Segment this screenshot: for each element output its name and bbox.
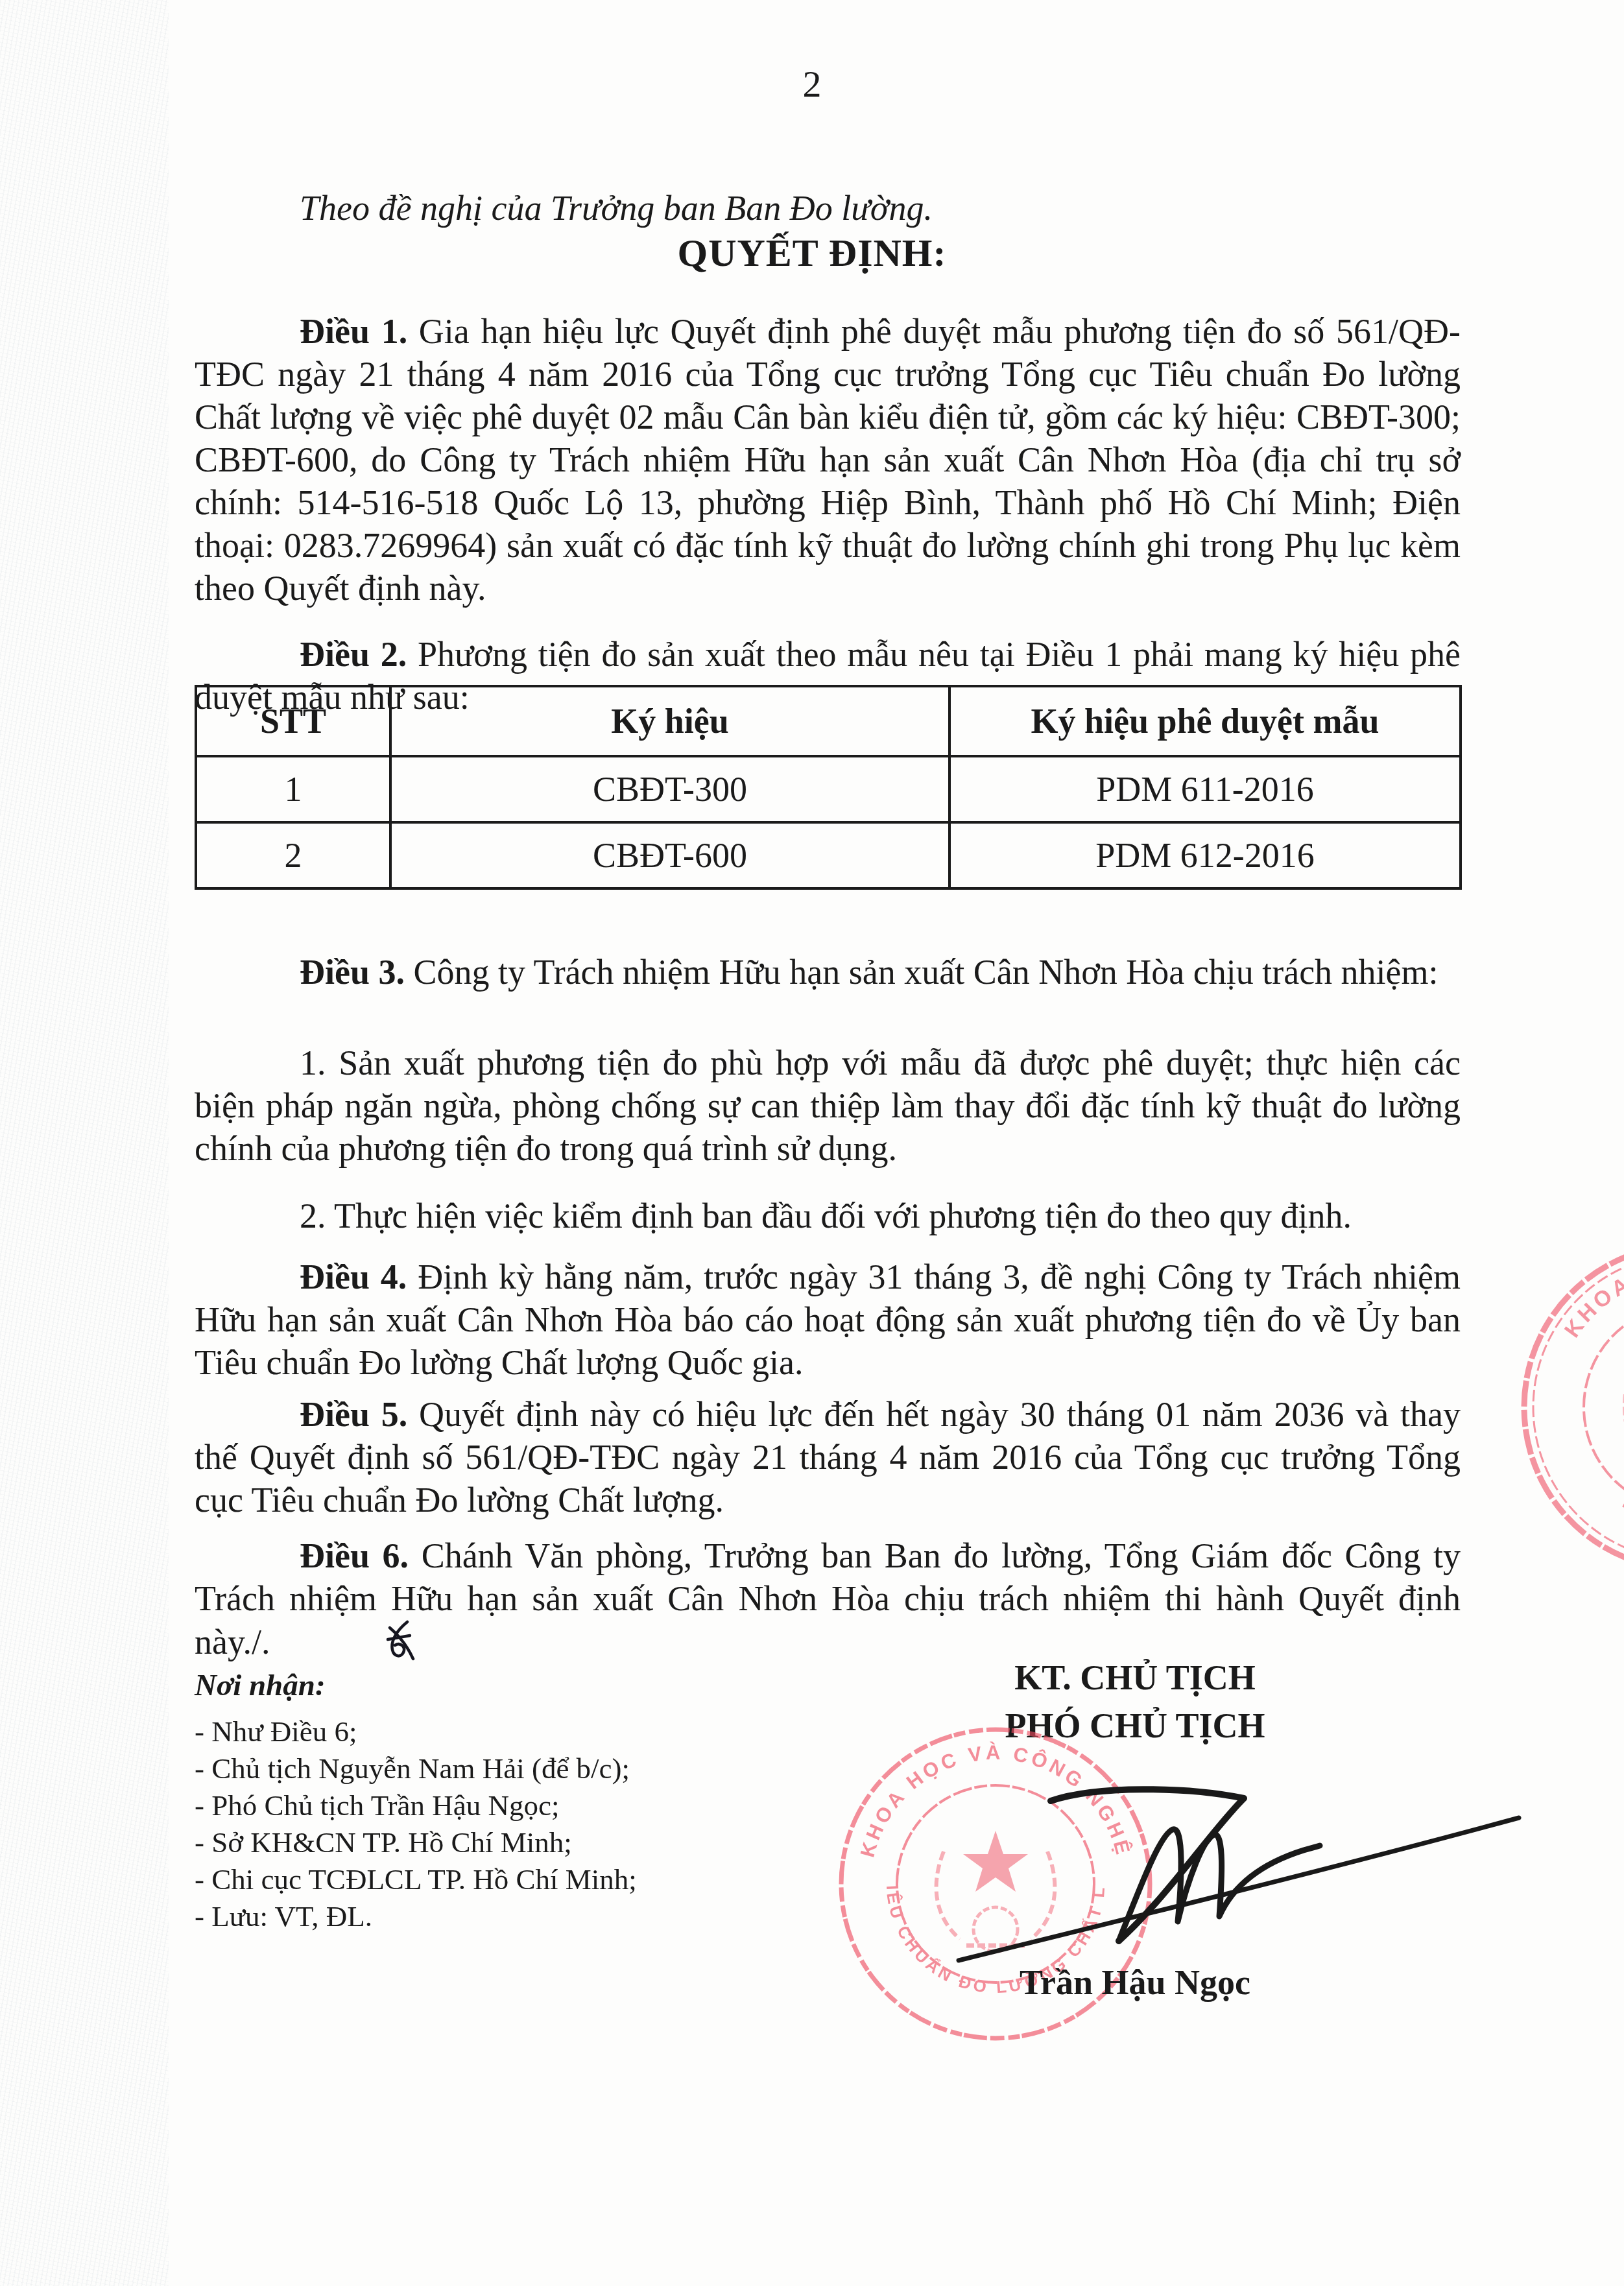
signature-title-kt-chu-tich: KT. CHỦ TỊCH [934,1658,1336,1698]
article-3-item-2: 2. Thực hiện việc kiểm định ban đầu đối … [195,1195,1461,1237]
table-cell-ky-hieu: CBĐT-300 [390,756,949,822]
recipient-item: - Lưu: VT, ĐL. [195,1898,637,1935]
article-5-label: Điều 5. [300,1395,419,1434]
handwritten-paraph-mark [279,1620,418,1671]
table-cell-stt: 2 [196,822,390,888]
article-1-label: Điều 1. [300,312,419,351]
table-cell-ky-hieu: CBĐT-600 [390,822,949,888]
svg-text:N ĐO LƯỜNG CH: N ĐO LƯỜNG CH [1615,1444,1624,1551]
table-header-ky-hieu: Ký hiệu [390,686,949,756]
table-header-stt: STT [196,686,390,756]
edge-red-stamp: KHOA HỌC VÀ N ĐO LƯỜNG CH [1511,1232,1624,1582]
table-row: 2 CBĐT-600 PDM 612-2016 [196,822,1461,888]
table-cell-pdm: PDM 611-2016 [949,756,1461,822]
recipient-item: - Chi cục TCĐLCL TP. Hồ Chí Minh; [195,1861,637,1898]
recipients-list: - Như Điều 6; - Chủ tịch Nguyễn Nam Hải … [195,1713,637,1935]
table-row: 1 CBĐT-300 PDM 611-2016 [196,756,1461,822]
table-cell-stt: 1 [196,756,390,822]
edge-stamp-emblem [1618,1362,1624,1487]
table-cell-pdm: PDM 612-2016 [949,822,1461,888]
article-1: Điều 1. Gia hạn hiệu lực Quyết định phê … [195,310,1461,610]
article-3: Điều 3. Công ty Trách nhiệm Hữu hạn sản … [195,951,1461,994]
article-6-label: Điều 6. [300,1536,422,1575]
handwritten-signature [953,1767,1524,1981]
article-4-label: Điều 4. [300,1257,418,1296]
article-1-text: Gia hạn hiệu lực Quyết định phê duyệt mẫ… [195,312,1461,608]
scan-noise [0,0,169,2286]
edge-stamp-arc-bottom-text: N ĐO LƯỜNG CH [1615,1444,1624,1551]
article-3-label: Điều 3. [300,953,414,992]
decision-heading: QUYẾT ĐỊNH: [0,231,1624,276]
recipient-item: - Phó Chủ tịch Trần Hậu Ngọc; [195,1787,637,1824]
recipient-item: - Sở KH&CN TP. Hồ Chí Minh; [195,1824,637,1861]
article-2-label: Điều 2. [300,635,418,674]
article-3-item-1: 1. Sản xuất phương tiện đo phù hợp với m… [195,1042,1461,1170]
article-5: Điều 5. Quyết định này có hiệu lực đến h… [195,1393,1461,1521]
article-3-text: Công ty Trách nhiệm Hữu hạn sản xuất Cân… [414,953,1439,992]
recipient-item: - Như Điều 6; [195,1713,637,1750]
document-page: 2 Theo đề nghị của Trưởng ban Ban Đo lườ… [0,0,1624,2286]
approval-sign-table: STT Ký hiệu Ký hiệu phê duyệt mẫu 1 CBĐT… [195,685,1462,890]
preamble-line: Theo đề nghị của Trưởng ban Ban Đo lường… [300,188,933,228]
page-number: 2 [0,62,1624,106]
table-header-row: STT Ký hiệu Ký hiệu phê duyệt mẫu [196,686,1461,756]
article-6: Điều 6. Chánh Văn phòng, Trưởng ban Ban … [195,1534,1461,1671]
article-4: Điều 4. Định kỳ hằng năm, trước ngày 31 … [195,1256,1461,1384]
signer-name: Trần Hậu Ngọc [934,1962,1336,2003]
recipient-item: - Chủ tịch Nguyễn Nam Hải (để b/c); [195,1750,637,1787]
recipients-label: Nơi nhận: [195,1668,326,1703]
table-header-ky-hieu-phe-duyet: Ký hiệu phê duyệt mẫu [949,686,1461,756]
